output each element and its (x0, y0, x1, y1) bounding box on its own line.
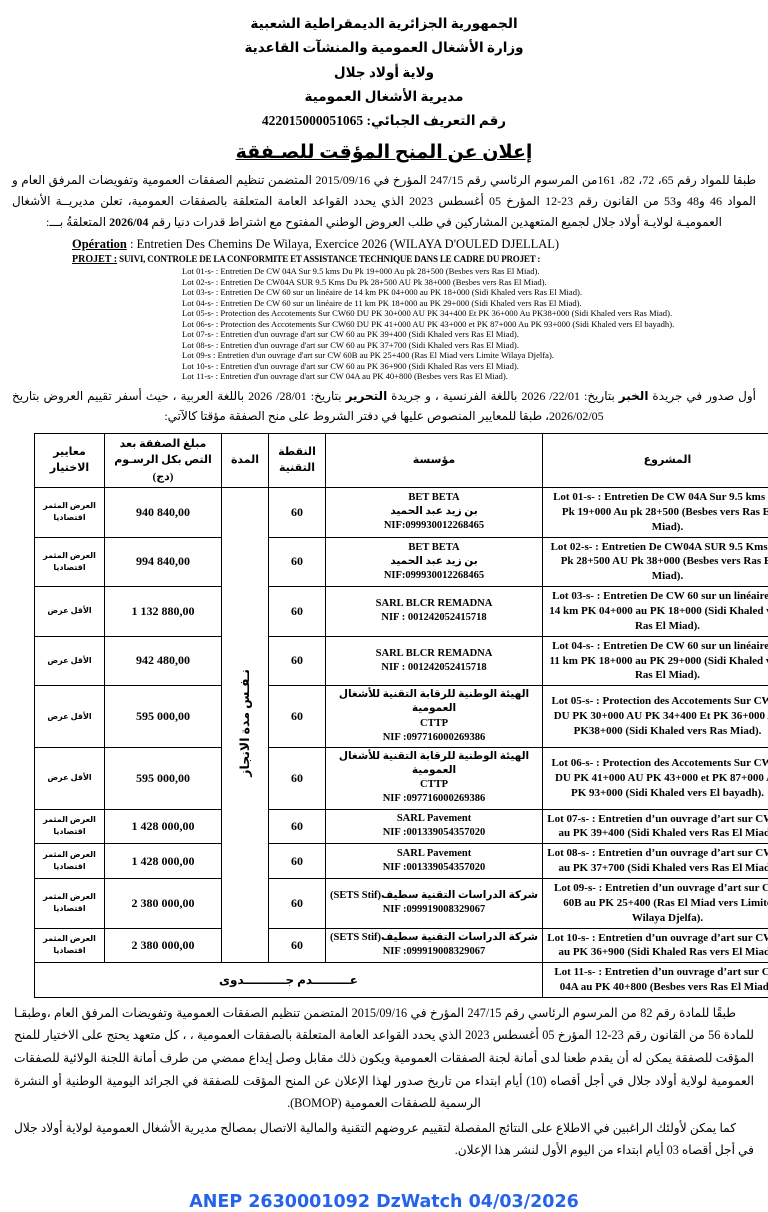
score-cell: 60 (269, 587, 326, 637)
header-cell-project: المشروع (543, 433, 768, 488)
lot-item: Lot 08-s- : Entretien d'un ouvrage d'art… (182, 340, 758, 350)
projet-label: PROJET : (72, 254, 117, 265)
header-ministry: وزارة الأشغال العمومية والمنشآت القاعدية (10, 36, 758, 60)
criteria-cell: العرض المثمر اقتصاديا (35, 537, 105, 587)
criteria-cell: العرض المثمر اقتصاديا (35, 878, 105, 928)
table-row: Lot 10-s- : Entretien d’un ouvrage d’art… (35, 928, 768, 963)
lot-item: Lot 02-s- : Entretien De CW04A SUR 9.5 K… (182, 277, 758, 287)
table-row: Lot 09-s- : Entretien d’un ouvrage d’art… (35, 878, 768, 928)
score-cell: 60 (269, 928, 326, 963)
lot-item: Lot 10-s- : Entretien d'un ouvrage d'art… (182, 361, 758, 371)
newspaper-elkhabar: الخبر (619, 389, 649, 403)
header-cell-criteria: معايير الاختيار (35, 433, 105, 488)
amount-cell: 2 380 000,00 (105, 928, 222, 963)
project-cell: Lot 09-s- : Entretien d’un ouvrage d’art… (543, 878, 768, 928)
score-cell: 60 (269, 488, 326, 538)
ministry-header: الجمهورية الجزائرية الديمقراطية الشعبية … (10, 12, 758, 133)
project-cell: Lot 08-s- : Entretien d’un ouvrage d’art… (543, 844, 768, 879)
criteria-cell: العرض المثمر اقتصاديا (35, 488, 105, 538)
amount-cell: 595 000,00 (105, 747, 222, 809)
score-cell: 60 (269, 747, 326, 809)
lot-item: Lot 05-s- : Protection des Accotements S… (182, 308, 758, 318)
intro-part2: المتعلقةُ بـــ: (46, 215, 109, 229)
table-row: Lot 08-s- : Entretien d’un ouvrage d’art… (35, 844, 768, 879)
lot-item: Lot 03-s- : Entretien De CW 60 sur un li… (182, 287, 758, 297)
amount-cell: 1 132 880,00 (105, 587, 222, 637)
amount-cell: 994 840,00 (105, 537, 222, 587)
amount-cell: 2 380 000,00 (105, 878, 222, 928)
newspaper-ettahrir: التحرير (346, 389, 388, 403)
no-award-cell: عـــــــــدم جــــــــــدوى (35, 963, 543, 998)
score-cell: 60 (269, 537, 326, 587)
company-cell: SARL Pavement NIF :001339054357020 (326, 809, 543, 844)
lot-item: Lot 06-s- : Protection des Accotements S… (182, 319, 758, 329)
lot-item: Lot 04-s- : Entretien De CW 60 sur un li… (182, 298, 758, 308)
intro-paragraph: طبقا للمواد رقم 65، 72، 82، 161من المرسو… (12, 170, 756, 233)
company-cell: SARL BLCR REMADNA NIF : 001242052415718 (326, 587, 543, 637)
projet-text: SUIVI, CONTROLE DE LA CONFORMITE ET ASSI… (117, 254, 540, 264)
duration-cell: نـفـس مدة الانجاز (222, 488, 269, 963)
header-cell-duration: المدة (222, 433, 269, 488)
company-cell: شركة الدراسات التقنية سطيف(SETS Stif) NI… (326, 878, 543, 928)
french-block: Opération : Entretien Des Chemins De Wil… (72, 237, 758, 381)
publication-paragraph: أول صدور في جريدة الخبر بتاريخ: 22/01/ 2… (12, 386, 756, 427)
table-row-no-award: Lot 11-s- : Entretien d’un ouvrage d’art… (35, 963, 768, 998)
header-cell-company: مؤسسة (326, 433, 543, 488)
operation-label: Opération (72, 237, 127, 251)
criteria-cell: الأقل عرض (35, 686, 105, 748)
criteria-cell: العرض المثمر اقتصاديا (35, 844, 105, 879)
project-cell: Lot 01-s- : Entretien De CW 04A Sur 9.5 … (543, 488, 768, 538)
score-cell: 60 (269, 878, 326, 928)
table-row: Lot 02-s- : Entretien De CW04A SUR 9.5 K… (35, 537, 768, 587)
company-cell: شركة الدراسات التقنية سطيف(SETS Stif) NI… (326, 928, 543, 963)
table-row: Lot 01-s- : Entretien De CW 04A Sur 9.5 … (35, 488, 768, 538)
company-cell: SARL Pavement NIF :001339054357020 (326, 844, 543, 879)
project-cell: Lot 03-s- : Entretien De CW 60 sur un li… (543, 587, 768, 637)
company-cell: SARL BLCR REMADNA NIF : 001242052415718 (326, 636, 543, 686)
tender-number: 2026/04 (109, 215, 148, 229)
anep-footer: ANEP 2630001092 DzWatch 04/03/2026 (10, 1192, 758, 1212)
lots-list: Lot 01-s- : Entretien De CW 04A Sur 9.5 … (182, 266, 758, 381)
table-header-row: المشروع مؤسسة النقطة التقنية المدة مبلغ … (35, 433, 768, 488)
criteria-cell: الأقل عرض (35, 636, 105, 686)
results-info-paragraph: كما يمكن لأولئك الراغبين في الاطلاع على … (14, 1117, 754, 1162)
awards-table: المشروع مؤسسة النقطة التقنية المدة مبلغ … (34, 433, 768, 998)
header-wilaya: ولاية أولاد جلال (10, 61, 758, 85)
operation-text: : Entretien Des Chemins De Wilaya, Exerc… (127, 237, 559, 251)
projet-line: PROJET : SUIVI, CONTROLE DE LA CONFORMIT… (72, 254, 758, 265)
amount-cell: 1 428 000,00 (105, 809, 222, 844)
amount-cell: 1 428 000,00 (105, 844, 222, 879)
operation-line: Opération : Entretien Des Chemins De Wil… (72, 237, 758, 252)
header-republic: الجمهورية الجزائرية الديمقراطية الشعبية (10, 12, 758, 36)
company-cell: الهيئة الوطنية للرقابة التقنية للأشغال ا… (326, 747, 543, 809)
header-nif: رقم التعريف الجبائي: 422015000051065 (10, 109, 758, 133)
project-cell: Lot 02-s- : Entretien De CW04A SUR 9.5 K… (543, 537, 768, 587)
score-cell: 60 (269, 636, 326, 686)
amount-cell: 942 480,00 (105, 636, 222, 686)
company-cell: BET BETA بن زيد عبد الحميد NIF:099930012… (326, 537, 543, 587)
header-direction: مديرية الأشغال العمومية (10, 85, 758, 109)
project-cell: Lot 05-s- : Protection des Accotements S… (543, 686, 768, 748)
header-cell-amount: مبلغ الصفقة بعد التص بكل الرسـوم (دج) (105, 433, 222, 488)
project-cell: Lot 06-s- : Protection des Accotements S… (543, 747, 768, 809)
lot-item: Lot 01-s- : Entretien De CW 04A Sur 9.5 … (182, 266, 758, 276)
project-cell: Lot 07-s- : Entretien d’un ouvrage d’art… (543, 809, 768, 844)
project-cell: Lot 11-s- : Entretien d’un ouvrage d’art… (543, 963, 768, 998)
criteria-cell: الأقل عرض (35, 747, 105, 809)
criteria-cell: الأقل عرض (35, 587, 105, 637)
table-row: Lot 06-s- : Protection des Accotements S… (35, 747, 768, 809)
criteria-cell: العرض المثمر اقتصاديا (35, 928, 105, 963)
score-cell: 60 (269, 844, 326, 879)
page-title: إعلان عن المنح المؤقت للصـفقة (10, 141, 758, 164)
table-row: Lot 05-s- : Protection des Accotements S… (35, 686, 768, 748)
amount-cell: 595 000,00 (105, 686, 222, 748)
criteria-cell: العرض المثمر اقتصاديا (35, 809, 105, 844)
announcement-document: الجمهورية الجزائرية الديمقراطية الشعبية … (0, 0, 768, 1212)
project-cell: Lot 10-s- : Entretien d’un ouvrage d’art… (543, 928, 768, 963)
header-cell-score: النقطة التقنية (269, 433, 326, 488)
table-row: Lot 03-s- : Entretien De CW 60 sur un li… (35, 587, 768, 637)
lot-item: Lot 07-s- : Entretien d'un ouvrage d'art… (182, 329, 758, 339)
lot-item: Lot 09-s : Entretien d'un ouvrage d'art … (182, 350, 758, 360)
score-cell: 60 (269, 809, 326, 844)
company-cell: الهيئة الوطنية للرقابة التقنية للأشغال ا… (326, 686, 543, 748)
table-row: Lot 04-s- : Entretien De CW 60 sur un li… (35, 636, 768, 686)
score-cell: 60 (269, 686, 326, 748)
amount-cell: 940 840,00 (105, 488, 222, 538)
company-cell: BET BETA بن زيد عبد الحميد NIF:099930012… (326, 488, 543, 538)
duration-text: نـفـس مدة الانجاز (237, 669, 253, 777)
lot-item: Lot 11-s- : Entretien d'un ouvrage d'art… (182, 371, 758, 381)
appeal-paragraph: طبقًا للمادة رقم 82 من المرسوم الرئاسي ر… (14, 1002, 754, 1115)
table-row: Lot 07-s- : Entretien d’un ouvrage d’art… (35, 809, 768, 844)
project-cell: Lot 04-s- : Entretien De CW 60 sur un li… (543, 636, 768, 686)
